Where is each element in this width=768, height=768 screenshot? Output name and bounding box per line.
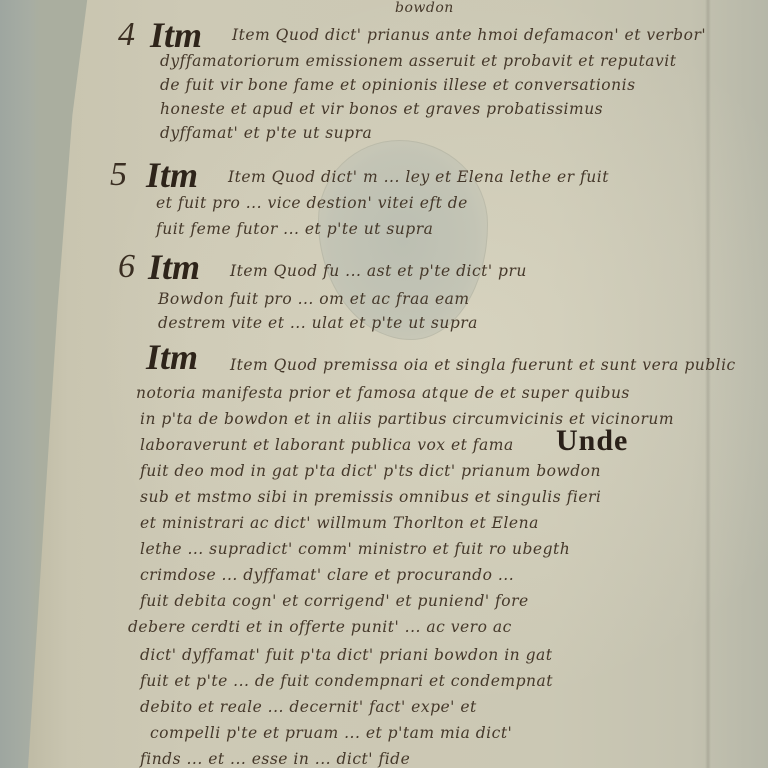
article-line: Item Quod fu ... ast et p'te dict' pru [230, 262, 527, 280]
marginal-number: 5 [110, 156, 127, 194]
article-line: fuit et p'te ... de fuit condempnari et … [140, 672, 553, 690]
article-heading: Itm [150, 14, 202, 56]
article-line: dyffamat' et p'te ut supra [160, 124, 372, 142]
article-line: laboraverunt et laborant publica vox et … [140, 436, 514, 454]
marginal-number: 6 [118, 248, 135, 286]
article-line: honeste et apud et vir bonos et graves p… [160, 100, 603, 118]
article-heading: Itm [146, 336, 198, 378]
article-line: notoria manifesta prior et famosa atque … [136, 384, 630, 402]
article-line: compelli p'te et pruam ... et p'tam mia … [150, 724, 512, 742]
article-line: de fuit vir bone fame et opinionis illes… [160, 76, 636, 94]
page-fold [705, 0, 711, 768]
article-line: crimdose ... dyffamat' clare et procuran… [140, 566, 514, 584]
article-line: Item Quod dict' m ... ley et Elena lethe… [228, 168, 609, 186]
article-line: dyffamatoriorum emissionem asseruit et p… [160, 52, 677, 70]
emphasis-word: Unde [556, 424, 628, 458]
article-line: debere cerdti et in offerte punit' ... a… [128, 618, 512, 636]
article-line: Item Quod premissa oia et singla fuerunt… [230, 356, 736, 374]
article-line: et fuit pro ... vice destion' vitei eft … [156, 194, 468, 212]
article-line: debito et reale ... decernit' fact' expe… [140, 698, 477, 716]
article-line: finds ... et ... esse in ... dict' fide [140, 750, 410, 768]
article-line: et ministrari ac dict' willmum Thorlton … [140, 514, 539, 532]
article-heading: Itm [148, 246, 200, 288]
article-line: sub et mstmo sibi in premissis omnibus e… [140, 488, 601, 506]
article-line: fuit debita cogn' et corrigend' et punie… [140, 592, 529, 610]
article-heading: Itm [146, 154, 198, 196]
article-line: Item Quod dict' prianus ante hmoi defama… [232, 26, 706, 44]
article-line: dict' dyffamat' fuit p'ta dict' priani b… [140, 646, 552, 664]
article-line: fuit feme futor ... et p'te ut supra [156, 220, 433, 238]
top-fragment: bowdon [395, 0, 454, 16]
article-line: Bowdon fuit pro ... om et ac fraa eam [158, 290, 470, 308]
marginal-number: 4 [118, 16, 135, 54]
article-line: fuit deo mod in gat p'ta dict' p'ts dict… [140, 462, 601, 480]
article-line: lethe ... supradict' comm' ministro et f… [140, 540, 570, 558]
article-line: destrem vite et ... ulat et p'te ut supr… [158, 314, 478, 332]
